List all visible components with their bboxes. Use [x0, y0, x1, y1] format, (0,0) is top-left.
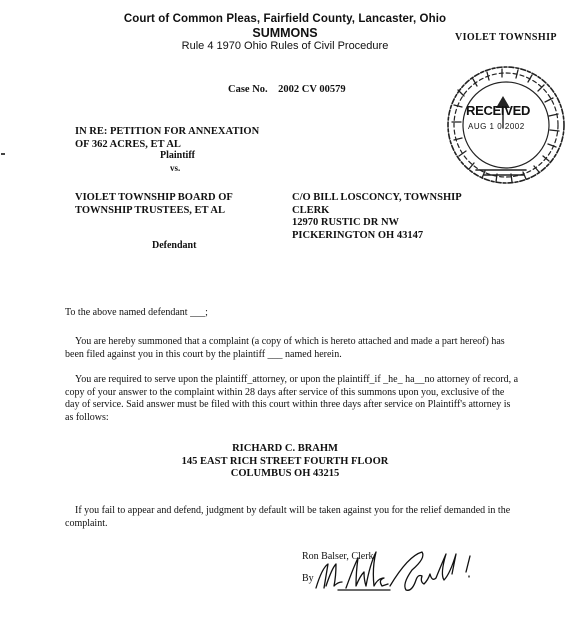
- answer-requirement-paragraph: You are required to serve upon the plain…: [65, 374, 520, 424]
- attorney-address: RICHARD C. BRAHM 145 EAST RICH STREET FO…: [0, 443, 570, 481]
- plaintiff-name: IN RE: PETITION FOR ANNEXATION OF 362 AC…: [75, 126, 259, 151]
- stamp-status: RECEIVED: [466, 103, 530, 118]
- court-title: Court of Common Pleas, Fairfield County,…: [0, 13, 570, 25]
- case-number: Case No. 2002 CV 00579: [228, 84, 346, 95]
- case-number-label: Case No.: [228, 84, 268, 95]
- stamp-header: VIOLET TOWNSHIP: [455, 32, 557, 43]
- case-number-value: 2002 CV 00579: [278, 84, 345, 95]
- greeting: To the above named defendant ___;: [65, 307, 520, 320]
- plaintiff-label: Plaintiff: [160, 150, 195, 161]
- defendant-line: VIOLET TOWNSHIP BOARD OF: [75, 192, 233, 205]
- attorney-street: 145 EAST RICH STREET FOURTH FLOOR: [0, 456, 570, 469]
- address-line: 12970 RUSTIC DR NW: [292, 217, 462, 230]
- summons-paragraph: You are hereby summoned that a complaint…: [65, 336, 520, 361]
- signature-icon: [312, 548, 482, 598]
- attorney-name: RICHARD C. BRAHM: [0, 443, 570, 456]
- versus-label: vs.: [170, 163, 180, 173]
- defendant-line: TOWNSHIP TRUSTEES, ET AL: [75, 205, 233, 218]
- received-stamp-icon: [436, 30, 570, 210]
- address-line: PICKERINGTON OH 43147: [292, 230, 462, 243]
- defendant-name: VIOLET TOWNSHIP BOARD OF TOWNSHIP TRUSTE…: [75, 192, 233, 217]
- margin-mark: [1, 153, 5, 155]
- plaintiff-line: IN RE: PETITION FOR ANNEXATION: [75, 126, 259, 139]
- defendant-label: Defendant: [152, 240, 196, 251]
- default-judgment-paragraph: If you fail to appear and defend, judgme…: [65, 505, 520, 530]
- stamp-date: AUG 1 0 2002: [468, 122, 525, 131]
- attorney-city: COLUMBUS OH 43215: [0, 468, 570, 481]
